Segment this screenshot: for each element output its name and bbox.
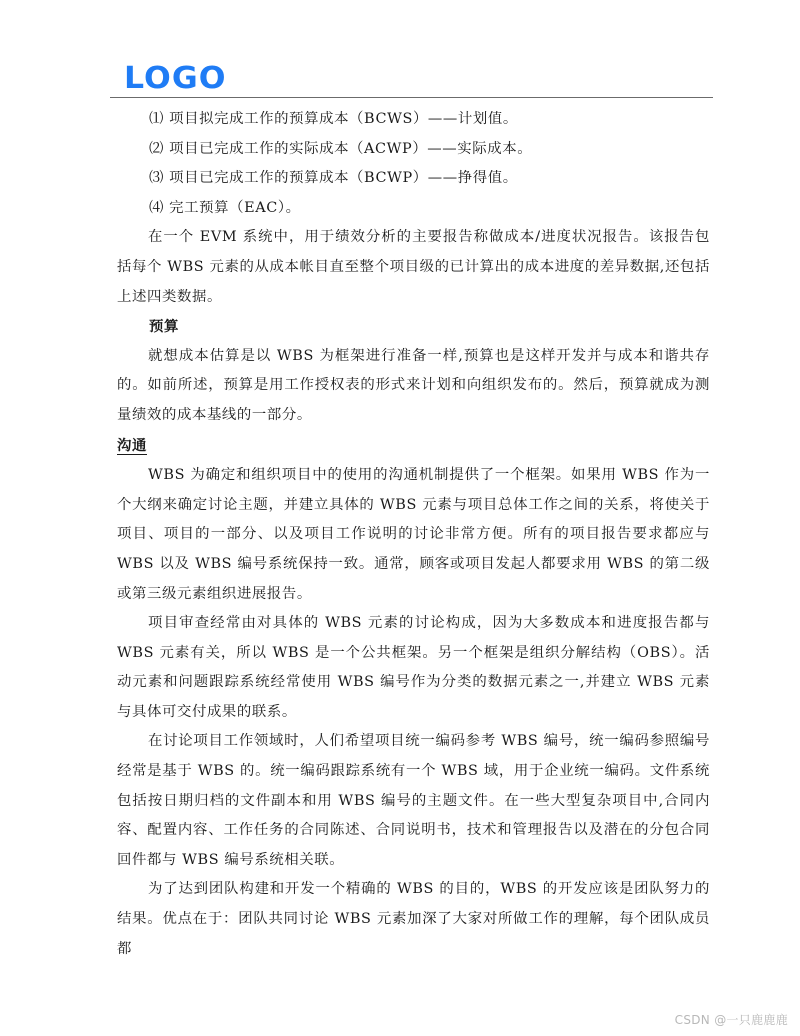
- list-item-acwp: ⑵ 项目已完成工作的实际成本（ACWP）——实际成本。: [117, 135, 710, 165]
- evm-paragraph: 在一个 EVM 系统中，用于绩效分析的主要报告称做成本/进度状况报告。该报告包括…: [117, 223, 710, 312]
- page-header: LOGO: [110, 60, 713, 100]
- budget-paragraph: 就想成本估算是以 WBS 为框架进行准备一样,预算也是这样开发并与成本和谐共存的…: [117, 342, 710, 431]
- communication-paragraph-3: 在讨论项目工作领域时，人们希望项目统一编码参考 WBS 编号，统一编码参照编号经…: [117, 727, 710, 875]
- list-item-bcws: ⑴ 项目拟完成工作的预算成本（BCWS）——计划值。: [117, 105, 710, 135]
- watermark: CSDN @一只鹿鹿鹿: [675, 1011, 788, 1028]
- communication-heading-text: 沟通: [117, 437, 147, 454]
- list-item-bcwp: ⑶ 项目已完成工作的预算成本（BCWP）——挣得值。: [117, 164, 710, 194]
- communication-heading: 沟通: [117, 437, 163, 454]
- list-item-eac: ⑷ 完工预算（EAC）。: [117, 194, 710, 224]
- document-body: ⑴ 项目拟完成工作的预算成本（BCWS）——计划值。 ⑵ 项目已完成工作的实际成…: [117, 105, 710, 964]
- header-divider: [110, 97, 713, 98]
- communication-paragraph-2: 项目审查经常由对具体的 WBS 元素的讨论构成，因为大多数成本和进度报告都与 W…: [117, 609, 710, 727]
- communication-heading-line: 沟通: [117, 431, 710, 462]
- budget-heading: 预算: [117, 312, 710, 342]
- communication-paragraph-4: 为了达到团队构建和开发一个精确的 WBS 的目的，WBS 的开发应该是团队努力的…: [117, 875, 710, 964]
- communication-paragraph-1: WBS 为确定和组织项目中的使用的沟通机制提供了一个框架。如果用 WBS 作为一…: [117, 461, 710, 609]
- logo: LOGO: [124, 62, 227, 96]
